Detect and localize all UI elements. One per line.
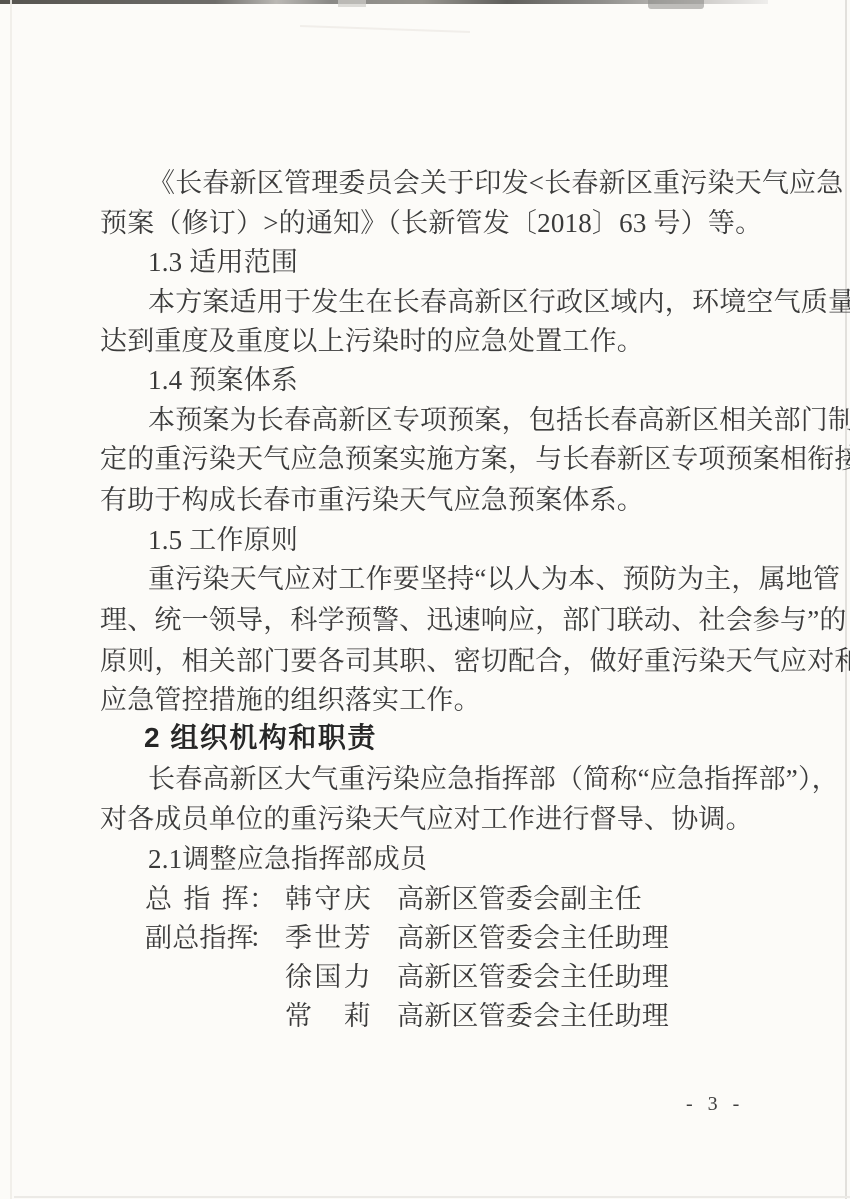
paragraph-notice-line-2: 预案（修订）>的通知》（长新管发〔2018〕63 号）等。 [100, 207, 762, 240]
commander-name: 韩守庆 [285, 883, 371, 916]
paragraph-system-line-1: 本预案为长春高新区专项预案，包括长春高新区相关部门制 [100, 404, 850, 437]
scan-edge-blob [648, 0, 704, 9]
commander-role: 总指挥 [145, 883, 249, 916]
commander-title: 高新区管委会主任助理 [397, 922, 669, 955]
commander-name: 常莉 [285, 1000, 371, 1033]
paragraph-principles-line-3: 原则，相关部门要各司其职、密切配合，做好重污染天气应对和 [100, 645, 850, 678]
scan-edge-square [338, 0, 366, 7]
paragraph-principles-line-1: 重污染天气应对工作要坚持“以人为本、预防为主，属地管 [100, 563, 840, 596]
heading-1-3: 1.3 适用范围 [100, 246, 298, 279]
paragraph-notice-line-1: 《长春新区管理委员会关于印发<长春新区重污染天气应急 [100, 167, 843, 200]
paragraph-system-line-3: 有助于构成长春市重污染天气应急预案体系。 [100, 484, 644, 517]
commander-row-deputy-3: 常莉高新区管委会主任助理 [145, 1000, 669, 1033]
commander-row-chief: 总指挥：韩守庆高新区管委会副主任 [145, 883, 642, 916]
commander-row-deputy-2: 徐国力高新区管委会主任助理 [145, 961, 669, 994]
commander-name: 季世芳 [285, 922, 371, 955]
paragraph-org-line-2: 对各成员单位的重污染天气应对工作进行督导、协调。 [100, 803, 753, 836]
scan-edge-left [10, 0, 12, 1199]
paragraph-principles-line-4: 应急管控措施的组织落实工作。 [100, 684, 481, 717]
paragraph-org-line-1: 长春高新区大气重污染应急指挥部（简称“应急指挥部”）， [100, 763, 839, 796]
heading-2: 2 组织机构和职责 [100, 721, 377, 754]
scan-edge-bottom [14, 1196, 850, 1198]
page-number: - 3 - [686, 1093, 744, 1116]
paragraph-scope-line-1: 本方案适用于发生在长春高新区行政区域内，环境空气质量 [100, 286, 850, 319]
commander-colon: ： [249, 883, 275, 916]
heading-1-5: 1.5 工作原则 [100, 524, 298, 557]
paragraph-system-line-2: 定的重污染天气应急预案实施方案，与长春新区专项预案相衔接， [100, 443, 850, 476]
scan-edge-right [845, 0, 847, 1199]
paragraph-principles-line-2: 理、统一领导，科学预警、迅速响应，部门联动、社会参与”的 [100, 604, 847, 637]
heading-2-1: 2.1调整应急指挥部成员 [100, 843, 427, 876]
document-page: 《长春新区管理委员会关于印发<长春新区重污染天气应急 预案（修订）>的通知》（长… [0, 0, 850, 1199]
commander-title: 高新区管委会副主任 [397, 883, 642, 916]
scan-smudge [300, 25, 470, 33]
commander-title: 高新区管委会主任助理 [397, 961, 669, 994]
commander-row-deputy-1: 副总指挥：季世芳高新区管委会主任助理 [145, 922, 669, 955]
commander-colon: ： [249, 922, 275, 955]
paragraph-scope-line-2: 达到重度及重度以上污染时的应急处置工作。 [100, 325, 644, 358]
commander-name: 徐国力 [285, 961, 371, 994]
commander-title: 高新区管委会主任助理 [397, 1000, 669, 1033]
commander-role: 副总指挥 [145, 922, 249, 955]
heading-1-4: 1.4 预案体系 [100, 364, 298, 397]
